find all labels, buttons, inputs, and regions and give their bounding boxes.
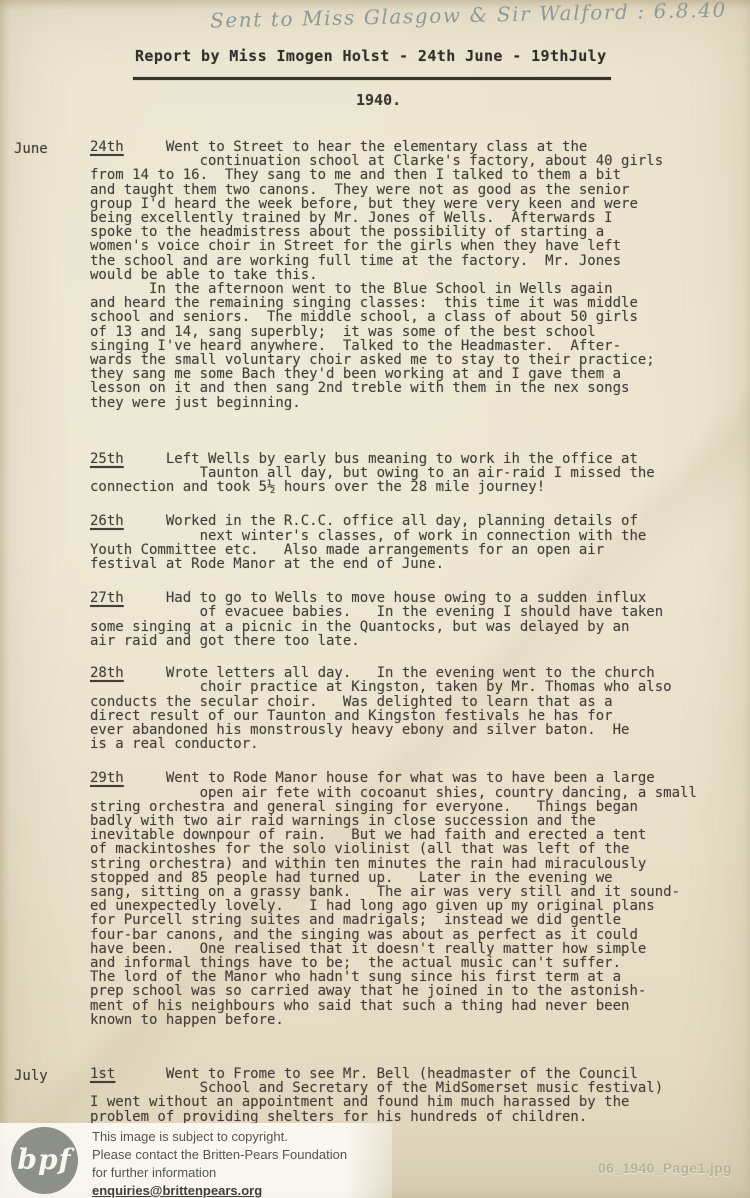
day-label: 26th xyxy=(90,513,124,529)
report-title: Report by Miss Imogen Holst - 24th June … xyxy=(135,47,607,65)
entry-body: 24th Went to Street to hear the elementa… xyxy=(90,140,740,410)
bpf-logo-text: bpf xyxy=(17,1143,71,1176)
scanned-report-page: Sent to Miss Glasgow & Sir Walford : 6.8… xyxy=(0,0,750,1198)
entry-body: 29th Went to Rode Manor house for what w… xyxy=(90,771,740,1027)
diary-entry: 29th Went to Rode Manor house for what w… xyxy=(90,771,740,1027)
bpf-logo: bpf xyxy=(11,1127,78,1194)
day-label: 24th xyxy=(90,139,124,155)
title-underline xyxy=(133,77,611,80)
entry-body: 26th Worked in the R.C.C. office all day… xyxy=(90,514,740,571)
entry-body: 1st Went to Frome to see Mr. Bell (headm… xyxy=(90,1067,740,1124)
entries: June24th Went to Street to hear the elem… xyxy=(90,140,740,1124)
month-label: July xyxy=(14,1068,48,1084)
diary-entry: June24th Went to Street to hear the elem… xyxy=(90,140,740,410)
copyright-line: Please contact the Britten-Pears Foundat… xyxy=(92,1146,347,1164)
copyright-line: for further information xyxy=(92,1164,347,1182)
entry-body: 25th Left Wells by early bus meaning to … xyxy=(90,452,740,495)
day-label: 28th xyxy=(90,665,124,681)
diary-entry: 27th Had to go to Wells to move house ow… xyxy=(90,591,740,648)
diary-entry: 25th Left Wells by early bus meaning to … xyxy=(90,452,740,495)
handwritten-annotation: Sent to Miss Glasgow & Sir Walford : 6.8… xyxy=(210,0,730,32)
day-label: 25th xyxy=(90,451,124,467)
month-label: June xyxy=(14,141,48,157)
diary-entry: July1st Went to Frome to see Mr. Bell (h… xyxy=(90,1067,740,1124)
day-label: 1st xyxy=(90,1066,115,1082)
filename-label: 06_1940_Page1.jpg xyxy=(598,1161,732,1176)
day-label: 27th xyxy=(90,590,124,606)
day-label: 29th xyxy=(90,770,124,786)
entry-body: 28th Wrote letters all day. In the eveni… xyxy=(90,666,740,751)
entry-body: 27th Had to go to Wells to move house ow… xyxy=(90,591,740,648)
diary-entry: 28th Wrote letters all day. In the eveni… xyxy=(90,666,740,751)
diary-entry: 26th Worked in the R.C.C. office all day… xyxy=(90,514,740,571)
report-year: 1940. xyxy=(356,91,401,109)
copyright-overlay: bpf This image is subject to copyright. … xyxy=(0,1123,392,1198)
copyright-line: This image is subject to copyright. xyxy=(92,1128,347,1146)
copyright-text: This image is subject to copyright. Plea… xyxy=(92,1128,347,1198)
copyright-email-link[interactable]: enquiries@brittenpears.org xyxy=(92,1182,347,1198)
